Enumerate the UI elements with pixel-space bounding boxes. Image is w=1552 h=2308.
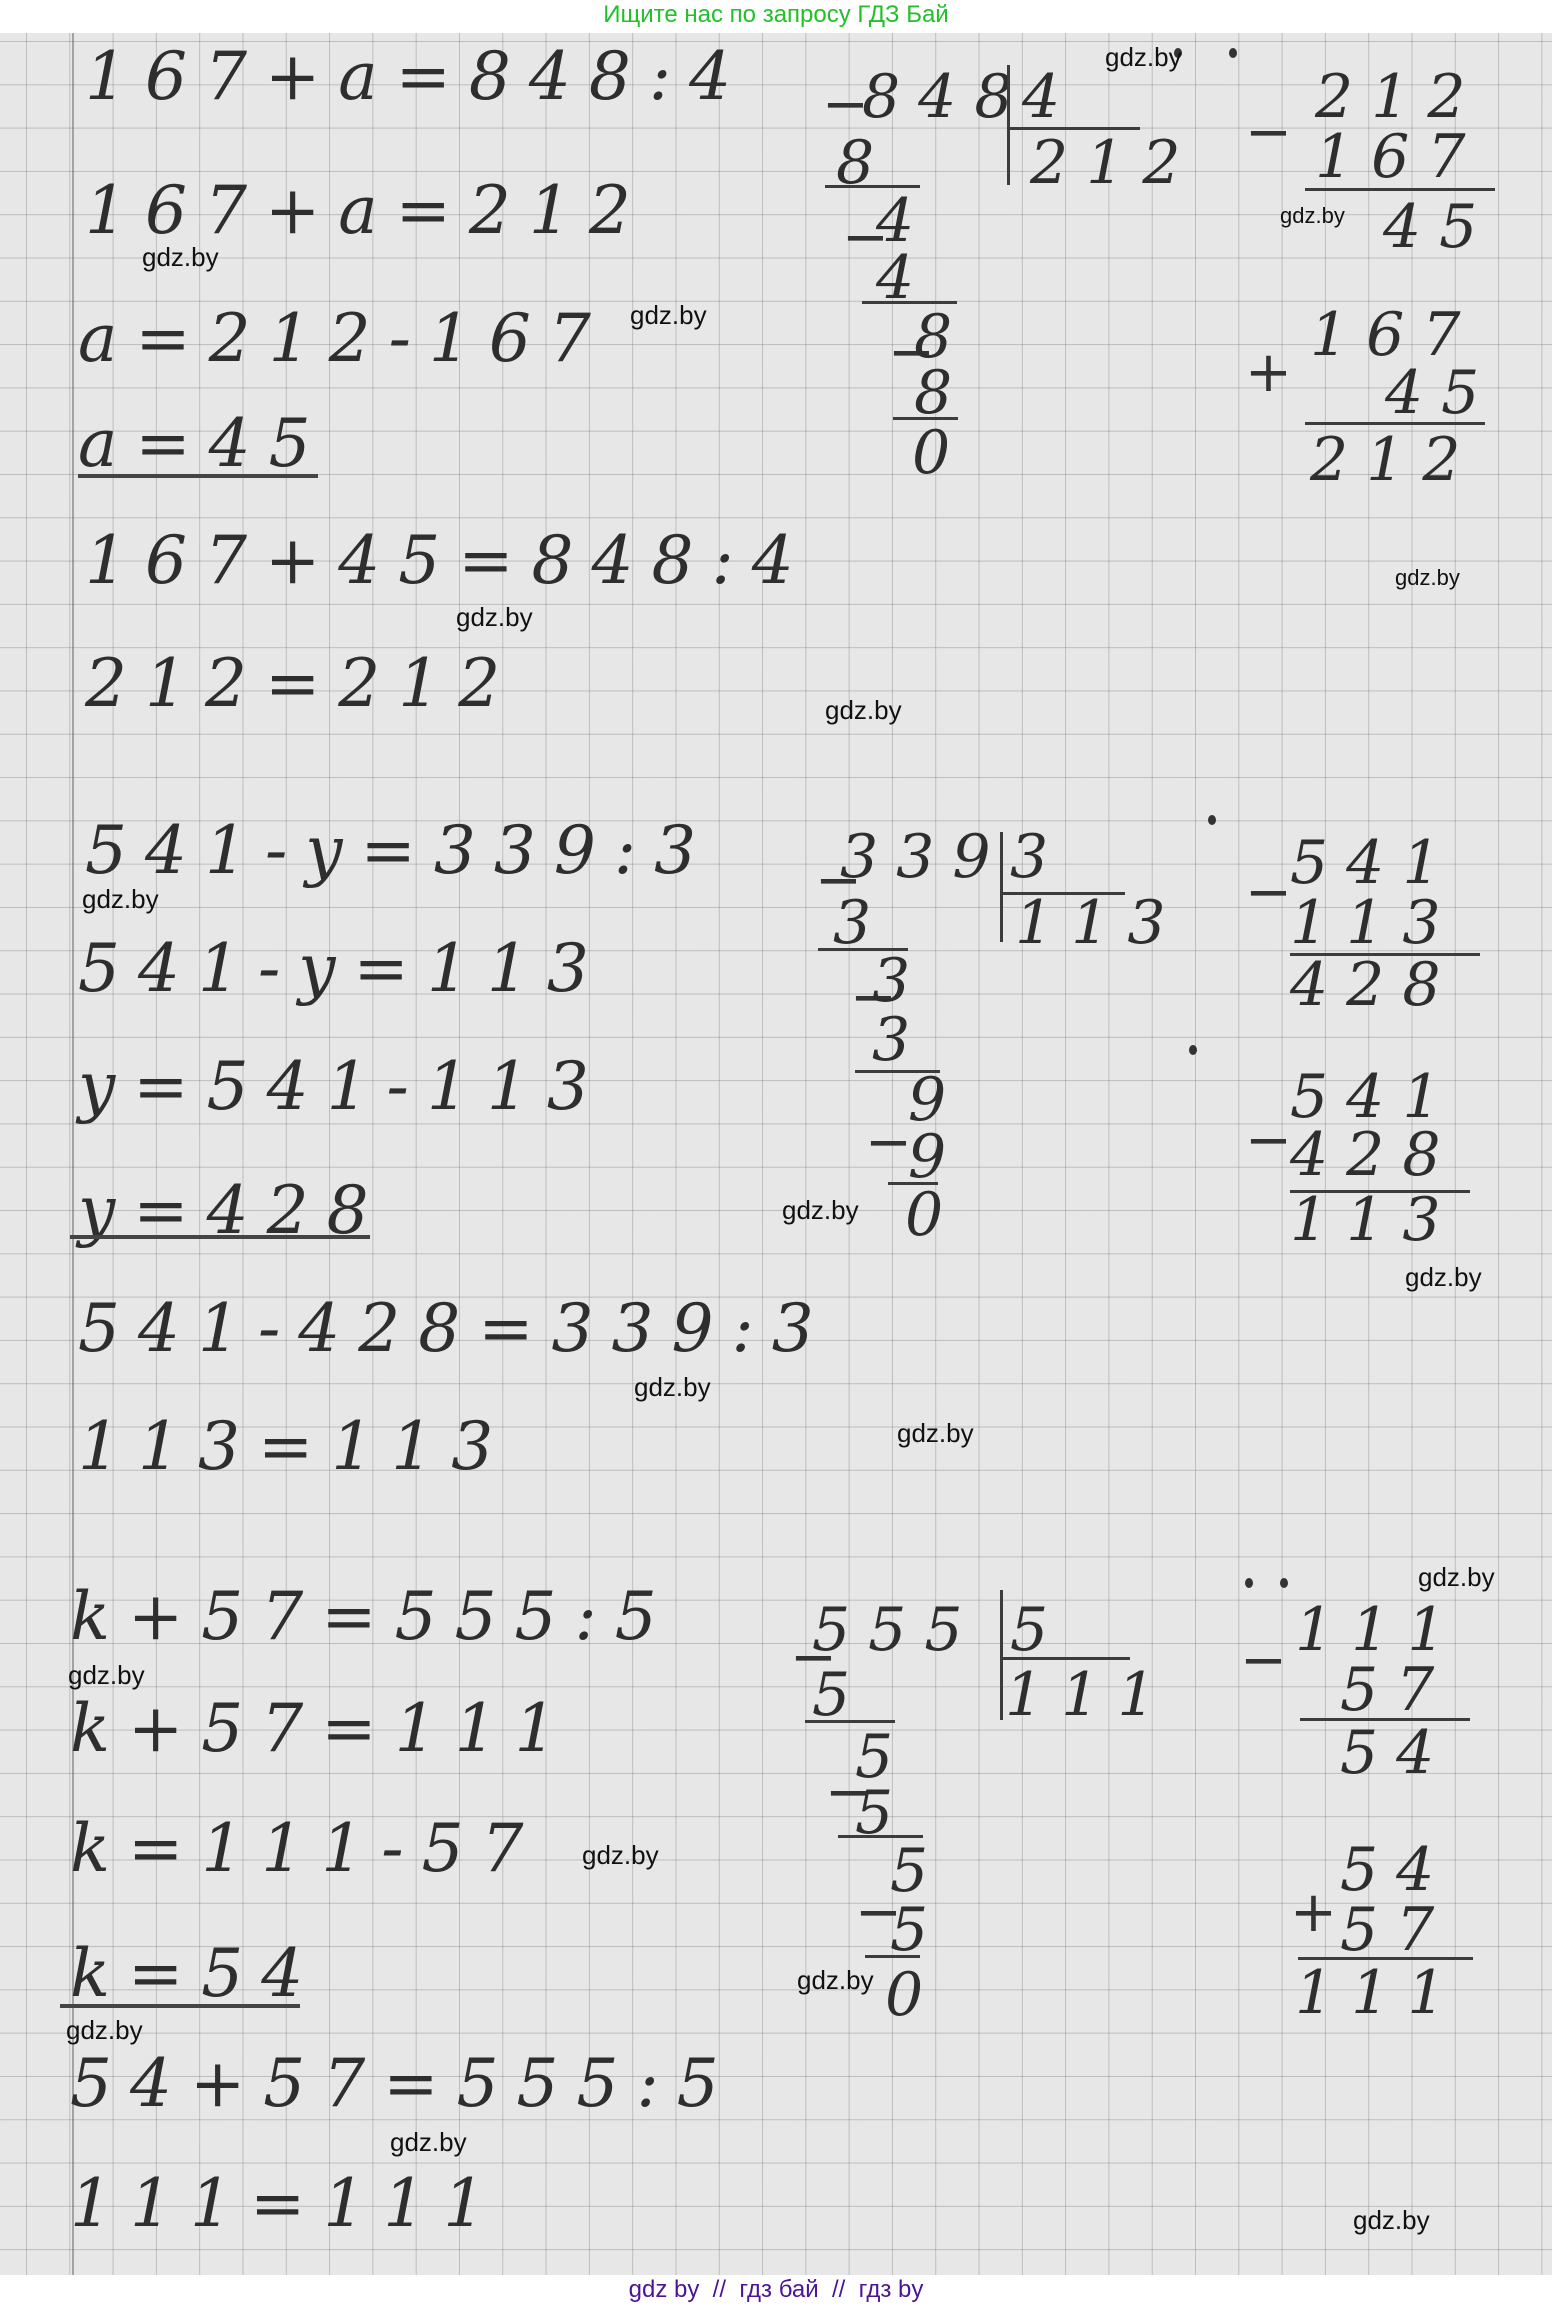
- verification-line: 541-428=339:3: [78, 1290, 832, 1367]
- equation-line: 541-y=339:3: [85, 812, 714, 889]
- borrow-dot: [1208, 815, 1216, 825]
- divisor: 5: [1010, 1595, 1066, 1665]
- minus-sign: −: [1245, 1108, 1292, 1173]
- watermark: gdz.by: [142, 242, 219, 273]
- equation-line: y=541-113: [78, 1048, 607, 1125]
- watermark: gdz.by: [1395, 565, 1460, 591]
- watermark: gdz.by: [390, 2127, 467, 2158]
- division-bar: [1000, 1590, 1003, 1720]
- plus-sign: +: [1290, 1880, 1337, 1945]
- check-bottom: 428: [1290, 1120, 1459, 1190]
- answer-line: a=45: [78, 405, 329, 482]
- verification-result: 111=111: [70, 2165, 503, 2242]
- division-bar: [1000, 832, 1003, 942]
- check-bottom: 57: [1340, 1895, 1452, 1965]
- division-remainder: 0: [912, 418, 968, 488]
- verification-line: 167+45=848:4: [85, 522, 812, 599]
- watermark: gdz.by: [630, 300, 707, 331]
- watermark: gdz.by: [1418, 1562, 1495, 1593]
- check-result: 428: [1290, 950, 1459, 1020]
- minus-sign: −: [1245, 860, 1292, 925]
- answer-underline: [70, 1235, 370, 1239]
- divisor: 4: [1022, 62, 1078, 132]
- answer-line: k=54: [70, 1935, 321, 2012]
- verification-result: 113=113: [78, 1408, 511, 1485]
- watermark: gdz.by: [582, 1840, 659, 1871]
- borrow-dot: [1229, 48, 1237, 58]
- minus-sign: −: [1240, 1628, 1287, 1693]
- watermark: gdz.by: [66, 2015, 143, 2046]
- verification-line: 54+57=555:5: [70, 2045, 737, 2122]
- equation-line: 541-y=113: [78, 930, 607, 1007]
- borrow-dot: [1245, 1578, 1253, 1588]
- plus-sign: +: [1245, 340, 1292, 405]
- watermark: gdz.by: [897, 1418, 974, 1449]
- borrow-dot: [1280, 1578, 1288, 1588]
- equation-line: k+57=111: [70, 1690, 575, 1767]
- quotient: 212: [1030, 128, 1199, 198]
- watermark: gdz.by: [782, 1195, 859, 1226]
- check-result: 54: [1340, 1718, 1452, 1788]
- verification-result: 212=212: [85, 645, 518, 722]
- bottom-banner-text[interactable]: gdz by // гдз бай // гдз by: [629, 2276, 924, 2303]
- quotient: 111: [1005, 1660, 1174, 1730]
- watermark: gdz.by: [797, 1965, 874, 1996]
- divisor: 3: [1010, 822, 1066, 892]
- watermark: gdz.by: [1405, 1262, 1482, 1293]
- watermark: gdz.by: [456, 602, 533, 633]
- borrow-dot: [1189, 1045, 1197, 1055]
- equation-line: 167+a=848:4: [85, 38, 749, 115]
- check-result: 212: [1310, 425, 1479, 495]
- watermark: gdz.by: [1105, 42, 1182, 73]
- equation-line: 167+a=212: [85, 172, 649, 249]
- equation-line: k=111-57: [70, 1810, 542, 1887]
- watermark: gdz.by: [1280, 203, 1345, 229]
- check-result: 111: [1295, 1958, 1464, 2028]
- answer-underline: [60, 2004, 300, 2008]
- division-remainder: 0: [905, 1180, 961, 1250]
- top-banner-text[interactable]: Ищите нас по запросу ГДЗ Бай: [603, 1, 948, 28]
- top-banner[interactable]: Ищите нас по запросу ГДЗ Бай: [0, 0, 1552, 33]
- division-bar: [1007, 65, 1010, 185]
- dividend: 848: [862, 62, 1031, 132]
- equation-line: a=212-167: [78, 300, 609, 377]
- check-bottom: 167: [1315, 122, 1484, 192]
- minus-sign: −: [1245, 100, 1292, 165]
- dividend: 555: [812, 1595, 981, 1665]
- check-result: 113: [1290, 1185, 1459, 1255]
- check-bottom: 45: [1385, 358, 1497, 428]
- division-remainder: 0: [885, 1960, 941, 2030]
- bottom-banner[interactable]: gdz by // гдз бай // гдз by: [0, 2275, 1552, 2308]
- answer-underline: [78, 474, 318, 478]
- watermark: gdz.by: [1353, 2205, 1430, 2236]
- check-result: 45: [1383, 192, 1495, 262]
- watermark: gdz.by: [634, 1372, 711, 1403]
- watermark: gdz.by: [825, 695, 902, 726]
- watermark: gdz.by: [82, 884, 159, 915]
- dividend: 339: [840, 822, 1009, 892]
- check-bottom: 113: [1290, 888, 1459, 958]
- equation-line: k+57=555:5: [70, 1578, 675, 1655]
- watermark: gdz.by: [68, 1660, 145, 1691]
- check-bottom: 57: [1340, 1655, 1452, 1725]
- quotient: 113: [1015, 888, 1184, 958]
